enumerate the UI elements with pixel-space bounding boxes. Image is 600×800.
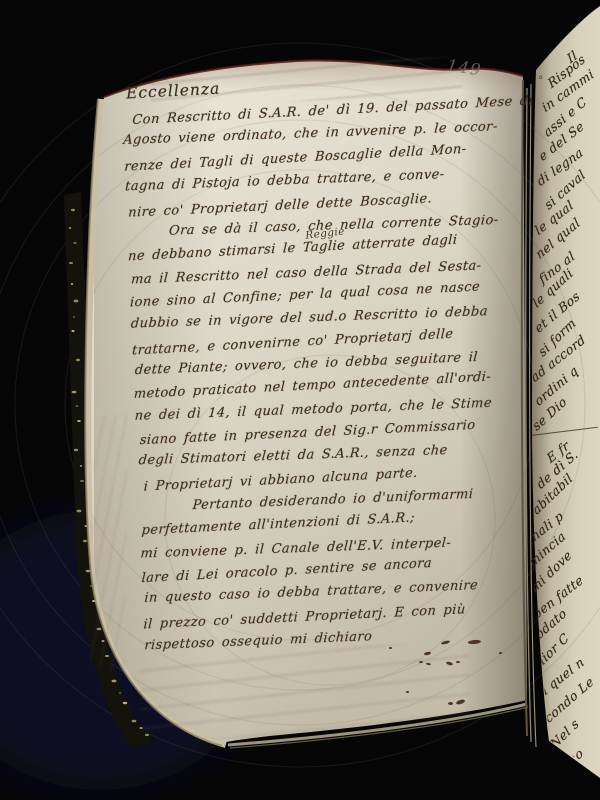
verso-page-text: Con Rescritto di S.A.R. de' dì 19. del p… [122,95,555,672]
ink-stain [406,691,409,693]
ink-stain [456,661,460,663]
ink-stain [499,652,502,654]
manuscript-line: degli Stimatori eletti da S.A.R., senza … [138,443,448,468]
ink-stain [389,647,392,649]
recto-corner-mark: ° [538,74,544,87]
ink-stain [419,661,423,663]
manuscript-line: rispettoso ossequio mi dichiaro [144,629,373,653]
ink-stain [448,702,453,705]
manuscript-line: Pertanto desiderando io d'uniformarmi [192,487,474,513]
book-photograph: 149 Eccellenza Con Rescritto di S.A.R. d… [0,0,600,800]
manuscript-line: perfettamente all'intenzioni di S.A.R.; [141,511,415,539]
manuscript-line: il prezzo co' suddetti Proprietarj. E co… [143,602,466,632]
